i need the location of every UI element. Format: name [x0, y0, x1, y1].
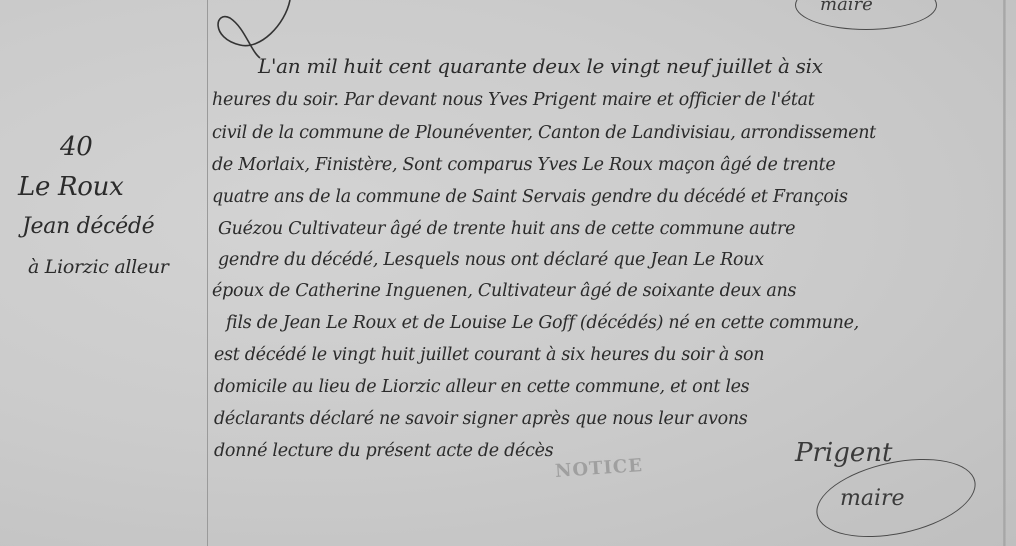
top-signature-label: maire [820, 0, 873, 15]
margin-surname: Le Roux [18, 172, 123, 202]
margin-rule [207, 0, 208, 546]
body-line: L'an mil huit cent quarante deux le ving… [258, 54, 823, 78]
body-line: fils de Jean Le Roux et de Louise Le Gof… [226, 313, 859, 333]
body-line: déclarants déclaré ne savoir signer aprè… [214, 409, 747, 429]
margin-place: à Liorzic alleur [28, 256, 169, 278]
document-page: maire 40 Le Roux Jean décédé à Liorzic a… [0, 0, 1016, 546]
body-line: domicile au lieu de Liorzic alleur en ce… [214, 377, 749, 397]
faint-stamp: NOTICE [554, 455, 643, 482]
body-line: heures du soir. Par devant nous Yves Pri… [212, 90, 815, 110]
signature-title: maire [840, 486, 905, 511]
body-line: donné lecture du présent acte de décès [214, 441, 553, 461]
body-line: Guézou Cultivateur âgé de trente huit an… [218, 219, 795, 239]
margin-deceased: Jean décédé [22, 214, 154, 239]
body-line: gendre du décédé, Lesquels nous ont décl… [218, 250, 764, 270]
body-line: est décédé le vingt huit juillet courant… [214, 345, 764, 365]
record-number: 40 [60, 132, 92, 162]
body-line: quatre ans de la commune de Saint Servai… [212, 187, 848, 207]
body-line: civil de la commune de Plounéventer, Can… [212, 123, 876, 143]
page-edge [1003, 0, 1006, 546]
body-line: époux de Catherine Inguenen, Cultivateur… [212, 281, 796, 301]
signature-name: Prigent [795, 438, 892, 468]
capital-l-flourish [205, 0, 315, 60]
body-line: de Morlaix, Finistère, Sont comparus Yve… [212, 155, 835, 175]
